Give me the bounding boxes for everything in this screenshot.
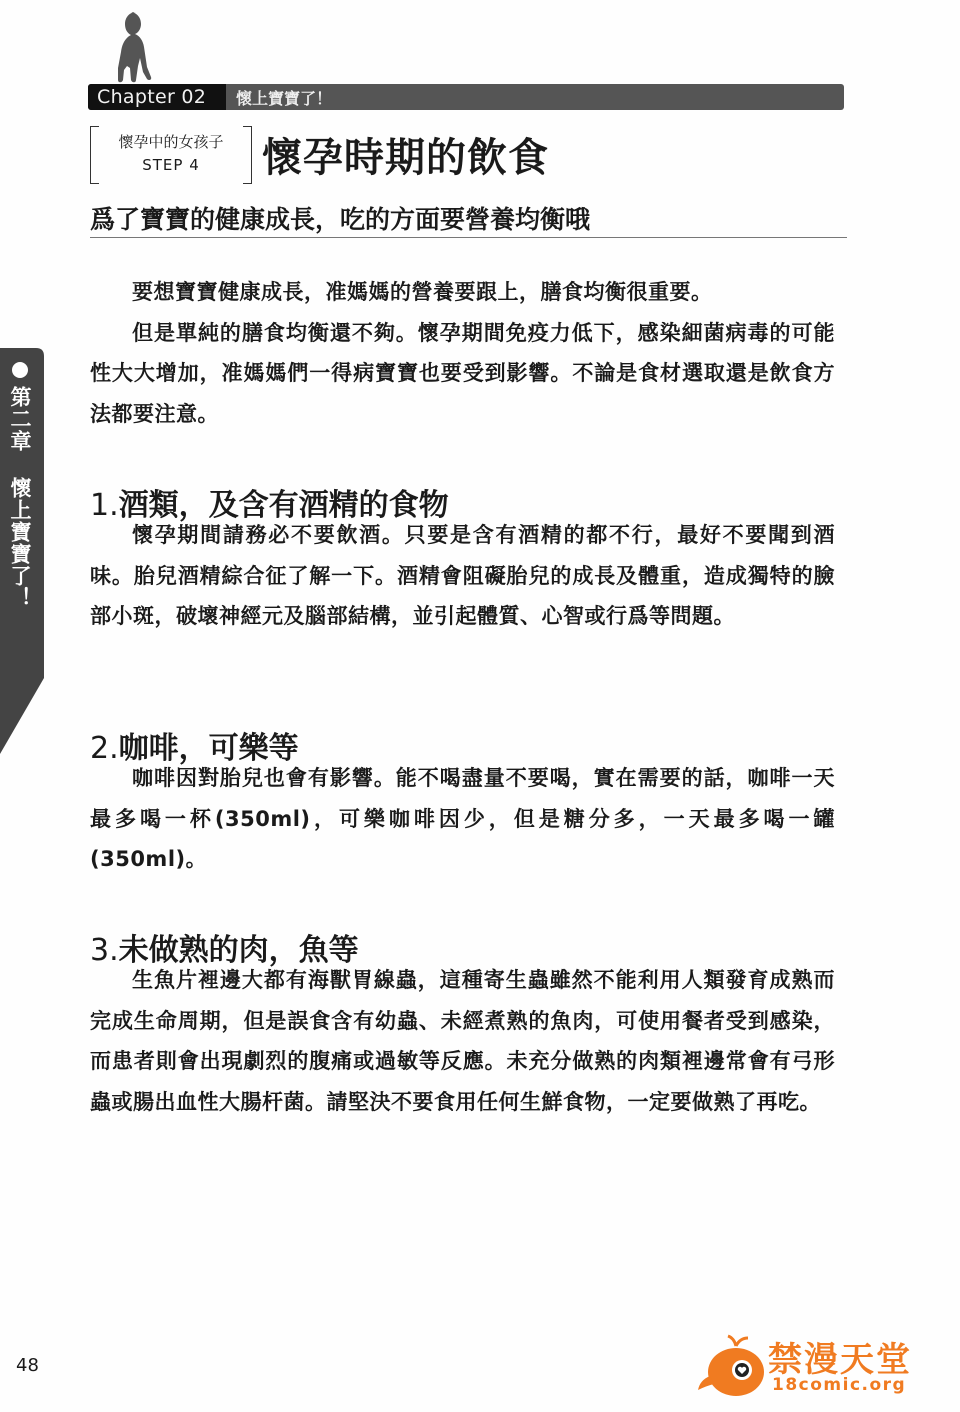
section-paragraph: 生魚片裡邊大都有海獸胃線蟲，這種寄生蟲雖然不能利用人類發育成熟而完成生命周期，但… [90,960,835,1122]
step-label: STEP 4 [90,156,252,174]
chapter-label: Chapter 02 [88,84,226,110]
mascot-icon [696,1332,768,1402]
page-title: 懷孕時期的飲食 [262,126,549,183]
section-paragraph: 懷孕期間請務必不要飲酒。只要是含有酒精的都不行，最好不要聞到酒味。胎兒酒精綜合征… [90,515,835,637]
intro-paragraph-1: 要想寶寶健康成長，准媽媽的營養要跟上，膳食均衡很重要。 [90,272,835,313]
intro-text: 要想寶寶健康成長，准媽媽的營養要跟上，膳食均衡很重要。 但是單純的膳食均衡還不夠… [90,272,835,434]
intro-paragraph-2: 但是單純的膳食均衡還不夠。懷孕期間免疫力低下，感染細菌病毒的可能性大大增加，准媽… [90,313,835,435]
section-body-1: 懷孕期間請務必不要飲酒。只要是含有酒精的都不行，最好不要聞到酒味。胎兒酒精綜合征… [90,515,835,637]
subtitle-divider [90,237,847,238]
section-body-3: 生魚片裡邊大都有海獸胃線蟲，這種寄生蟲雖然不能利用人類發育成熟而完成生命周期，但… [90,960,835,1122]
page-subtitle: 爲了寶寶的健康成長，吃的方面要營養均衡哦 [90,200,590,236]
page-number: 48 [16,1355,39,1376]
side-tab-label: 第二章 懷上寶寶了！ [0,386,40,609]
watermark-logo: 禁漫天堂 18comic.org [696,1332,924,1402]
chapter-header-bar: Chapter 02 懷上寶寶了！ [88,84,844,110]
watermark-text: 禁漫天堂 [768,1332,912,1381]
chapter-title: 懷上寶寶了！ [226,86,332,109]
crawling-baby-icon [100,10,162,84]
watermark-url: 18comic.org [772,1375,906,1395]
step-category: 懷孕中的女孩子 [90,131,252,152]
section-paragraph: 咖啡因對胎兒也會有影響。能不喝盡量不要喝，實在需要的話，咖啡一天最多喝一杯(35… [90,758,835,880]
section-body-2: 咖啡因對胎兒也會有影響。能不喝盡量不要喝，實在需要的話，咖啡一天最多喝一杯(35… [90,758,835,880]
step-box: 懷孕中的女孩子 STEP 4 [90,126,252,182]
bullet-dot-icon [12,362,28,378]
